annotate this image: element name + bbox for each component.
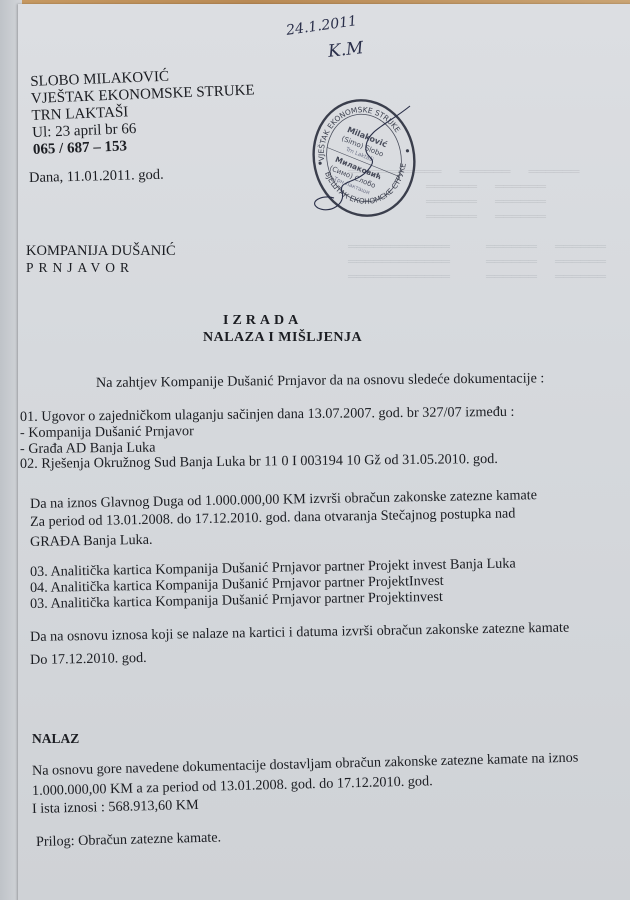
paragraph-line: Do 17.12.2010. god.	[30, 650, 147, 668]
sender-block: SLOBO MILAKOVIĆ VJEŠTAK EKONOMSKE STRUKE…	[30, 65, 257, 159]
official-stamp-icon: VJEŠTAK EKONOMSKE STRUKE ВЈЕШТАК ЕКОНОМС…	[308, 94, 420, 222]
handwritten-date: 24.1.2011	[285, 13, 358, 39]
paragraph-line: Da na osnovu iznosa koji se nalaze na ka…	[30, 620, 570, 645]
document-item: 01. Ugovor o zajedničkom ulaganju sačinj…	[20, 404, 515, 425]
heading-nalaza-misljenja: NALAZA I MIŠLJENJA	[203, 330, 362, 346]
nalaz-line: Na osnovu gore navedene dokumentacije do…	[32, 750, 579, 779]
paragraph-line: GRAĐA Banja Luka.	[30, 532, 153, 550]
document-subitem: - Kompanija Dušanić Prnjavor	[20, 423, 194, 441]
recipient-company: KOMPANIJA DUŠANIĆ	[26, 243, 176, 259]
intro-text: Na zahtjev Kompanije Dušanić Prnjavor da…	[96, 370, 544, 391]
nalaz-total: I ista iznosi : 568.913,60 KM	[32, 797, 199, 817]
heading-izrada: IZRADA	[223, 313, 302, 329]
document-page: ═══════════ ══════ ══════ ══════ ══════ …	[18, 4, 630, 900]
handwritten-initials: K.M	[327, 38, 364, 62]
recipient-city: PRNJAVOR	[26, 260, 134, 276]
attachment-note: Prilog: Obračun zatezne kamate.	[36, 829, 221, 850]
document-date: Dana, 11.01.2011. god.	[29, 167, 164, 186]
nalaz-heading: NALAZ	[32, 731, 79, 747]
